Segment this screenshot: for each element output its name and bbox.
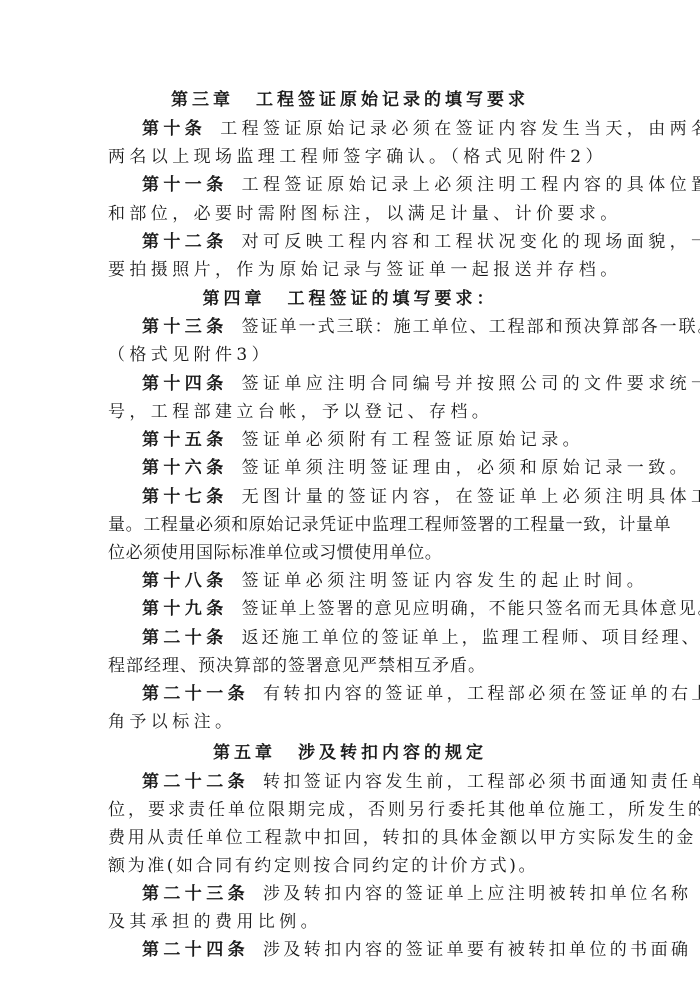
article-text: 有转扣内容的签证单，工程部必须在签证单的右上	[263, 684, 700, 704]
paragraph-line: 位，要求责任单位限期完成，否则另行委托其他单位施工，所发生的	[108, 799, 594, 821]
article-16: 第十六条签证单须注明签证理由，必须和原始记录一致。	[142, 457, 594, 479]
article-21: 第二十一条有转扣内容的签证单，工程部必须在签证单的右上	[142, 683, 594, 705]
paragraph-line: 程部经理、预决算部的签署意见严禁相互矛盾。	[108, 655, 594, 677]
paragraph-line: 额为准(如合同有约定则按合同约定的计价方式)。	[108, 855, 594, 877]
chapter-title: 工程签证的填写要求：	[288, 289, 498, 309]
chapter-number: 第三章	[171, 90, 234, 110]
document-page: 第三章工程签证原始记录的填写要求 第十条工程签证原始记录必须在签证内容发生当天，…	[0, 0, 700, 989]
article-11: 第十一条工程签证原始记录上必须注明工程内容的具体位置	[142, 174, 594, 196]
article-label: 第二十三条	[142, 884, 249, 904]
paragraph-line: 费用从责任单位工程款中扣回，转扣的具体金额以甲方实际发生的金	[108, 827, 594, 849]
article-17: 第十七条无图计量的签证内容，在签证单上必须注明具体工程	[142, 486, 594, 508]
article-text: 对可反映工程内容和工程状况变化的现场面貌，一定	[242, 232, 700, 252]
article-label: 第二十一条	[142, 684, 249, 704]
article-text: 签证单必须注明签证内容发生的起止时间。	[242, 571, 649, 591]
chapter-number: 第五章	[213, 743, 276, 763]
chapter-title: 涉及转扣内容的规定	[298, 743, 487, 763]
paragraph-line: 要拍摄照片，作为原始记录与签证单一起报送并存档。	[108, 259, 594, 281]
article-text: 签证单应注明合同编号并按照公司的文件要求统一编	[242, 374, 700, 394]
article-label: 第十六条	[142, 458, 228, 478]
article-label: 第十三条	[142, 317, 228, 337]
paragraph-line: 号，工程部建立台帐，予以登记、存档。	[108, 401, 594, 423]
article-label: 第十四条	[142, 374, 228, 394]
article-text: 转扣签证内容发生前，工程部必须书面通知责任单	[263, 772, 700, 792]
article-label: 第十条	[142, 119, 206, 139]
article-label: 第十八条	[142, 571, 228, 591]
article-label: 第十二条	[142, 232, 228, 252]
article-20: 第二十条返还施工单位的签证单上，监理工程师、项目经理、工	[142, 627, 594, 649]
article-10: 第十条工程签证原始记录必须在签证内容发生当天，由两名或	[142, 118, 594, 140]
article-text: 签证单上签署的意见应明确，不能只签名而无具体意见。	[242, 599, 700, 619]
article-15: 第十五条签证单必须附有工程签证原始记录。	[142, 429, 594, 451]
article-14: 第十四条签证单应注明合同编号并按照公司的文件要求统一编	[142, 373, 594, 395]
article-19: 第十九条签证单上签署的意见应明确，不能只签名而无具体意见。	[142, 598, 594, 620]
article-label: 第十七条	[142, 487, 228, 507]
paragraph-line: 位必须使用国际标准单位或习惯使用单位。	[108, 542, 594, 564]
article-text: 涉及转扣内容的签证单上应注明被转扣单位名称	[263, 884, 691, 904]
article-text: 签证单一式三联：施工单位、工程部和预决算部各一联。	[242, 317, 700, 337]
paragraph-line: 和部位，必要时需附图标注，以满足计量、计价要求。	[108, 203, 594, 225]
article-label: 第二十四条	[142, 940, 249, 960]
article-label: 第十九条	[142, 599, 228, 619]
article-18: 第十八条签证单必须注明签证内容发生的起止时间。	[142, 570, 594, 592]
article-text: 涉及转扣内容的签证单要有被转扣单位的书面确	[263, 940, 691, 960]
paragraph-line: 角予以标注。	[108, 711, 594, 733]
article-text: 签证单必须附有工程签证原始记录。	[242, 430, 584, 450]
paragraph-line: 两名以上现场监理工程师签字确认。（格式见附件2）	[108, 146, 594, 168]
article-text: 工程签证原始记录必须在签证内容发生当天，由两名或	[220, 119, 700, 139]
paragraph-line: （格式见附件3）	[108, 344, 594, 366]
chapter-number: 第四章	[203, 289, 266, 309]
chapter-heading-4: 第四章工程签证的填写要求：	[0, 288, 700, 310]
article-12: 第十二条对可反映工程内容和工程状况变化的现场面貌，一定	[142, 231, 594, 253]
chapter-heading-5: 第五章涉及转扣内容的规定	[0, 742, 700, 764]
article-text: 工程签证原始记录上必须注明工程内容的具体位置	[242, 175, 700, 195]
article-23: 第二十三条涉及转扣内容的签证单上应注明被转扣单位名称	[142, 883, 594, 905]
paragraph-line: 及其承担的费用比例。	[108, 911, 594, 933]
article-label: 第十一条	[142, 175, 228, 195]
article-13: 第十三条签证单一式三联：施工单位、工程部和预决算部各一联。	[142, 316, 594, 338]
article-text: 签证单须注明签证理由，必须和原始记录一致。	[242, 458, 691, 478]
paragraph-line: 量。工程量必须和原始记录凭证中监理工程师签署的工程量一致，计量单	[108, 514, 594, 536]
chapter-heading-3: 第三章工程签证原始记录的填写要求	[0, 89, 700, 111]
chapter-title: 工程签证原始记录的填写要求	[256, 90, 529, 110]
article-24: 第二十四条涉及转扣内容的签证单要有被转扣单位的书面确	[142, 939, 594, 961]
article-text: 无图计量的签证内容，在签证单上必须注明具体工程	[242, 487, 700, 507]
article-label: 第二十二条	[142, 772, 249, 792]
article-label: 第二十条	[142, 628, 228, 648]
article-label: 第十五条	[142, 430, 228, 450]
article-22: 第二十二条转扣签证内容发生前，工程部必须书面通知责任单	[142, 771, 594, 793]
article-text: 返还施工单位的签证单上，监理工程师、项目经理、工	[242, 628, 700, 648]
